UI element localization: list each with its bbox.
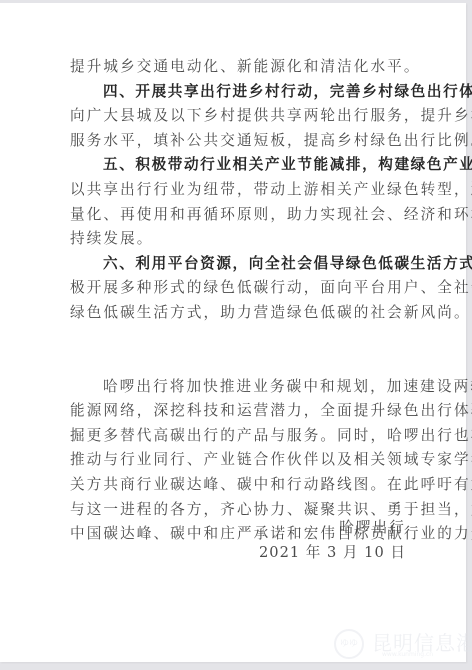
paragraph-line: 绿色低碳生活方式，助力营造绿色低碳的社会新风尚。 xyxy=(70,301,406,326)
signature-name: 哈啰出行 xyxy=(339,516,406,537)
section-heading-4: 四、开展共享出行进乡村行动，完善乡村绿色出行体系。 xyxy=(70,80,406,105)
paragraph-line: 能源网络，深挖科技和运营潜力，全面提升绿色出行体验，发 xyxy=(70,399,406,424)
section-heading-5: 五、积极带动行业相关产业节能减排，构建绿色产业链。 xyxy=(70,153,406,178)
watermark: ゆゆ 昆明信息港 www.kunming.cn xyxy=(334,627,464,663)
paragraph-line: 关方共商行业碳达峰、碳中和行动路线图。在此呼吁有意愿参 xyxy=(70,473,406,498)
paragraph-line: 极开展多种形式的绿色低碳行动，面向平台用户、全社会倡导 xyxy=(70,276,406,301)
paragraph-line: 以共享出行行业为纽带，带动上游相关产业绿色转型，遵循减 xyxy=(70,178,406,203)
document-page: 提升城乡交通电动化、新能源化和清洁化水平。 四、开展共享出行进乡村行动，完善乡村… xyxy=(0,3,466,662)
paragraph-line: 持续发展。 xyxy=(70,227,406,252)
document-body: 提升城乡交通电动化、新能源化和清洁化水平。 四、开展共享出行进乡村行动，完善乡村… xyxy=(70,55,406,547)
heading-text: 六、利用平台资源，向全社会倡导绿色低碳生活方式。 xyxy=(103,255,472,272)
watermark-logo-icon: ゆゆ xyxy=(334,629,364,659)
signature-date: 2021 年 3 月 10 日 xyxy=(259,541,406,562)
heading-text: 四、开展共享出行进乡村行动，完善乡村绿色出行体系。 xyxy=(103,83,472,100)
paragraph-line: 推动与行业同行、产业链合作伙伴以及相关领域专家学者等伙 xyxy=(70,448,406,473)
paragraph-line: 向广大县城及以下乡村提供共享两轮出行服务，提升乡村公共 xyxy=(70,104,406,129)
paragraph-spacer xyxy=(70,326,406,375)
paragraph-line: 服务水平，填补公共交通短板，提高乡村绿色出行比例。 xyxy=(70,129,406,154)
heading-text: 五、积极带动行业相关产业节能减排，构建绿色产业链。 xyxy=(103,156,472,173)
paragraph-line: 量化、再使用和再循环原则，助力实现社会、经济和环境的可 xyxy=(70,203,406,228)
section-heading-6: 六、利用平台资源，向全社会倡导绿色低碳生活方式。积 xyxy=(70,252,406,277)
paragraph-line: 掘更多替代高碳出行的产品与服务。同时，哈啰出行也将尽快 xyxy=(70,424,406,449)
watermark-url: www.kunming.cn xyxy=(382,651,433,658)
paragraph-line: 哈啰出行将加快推进业务碳中和规划，加速建设两轮换电 xyxy=(70,375,406,400)
paragraph-line: 提升城乡交通电动化、新能源化和清洁化水平。 xyxy=(70,55,406,80)
